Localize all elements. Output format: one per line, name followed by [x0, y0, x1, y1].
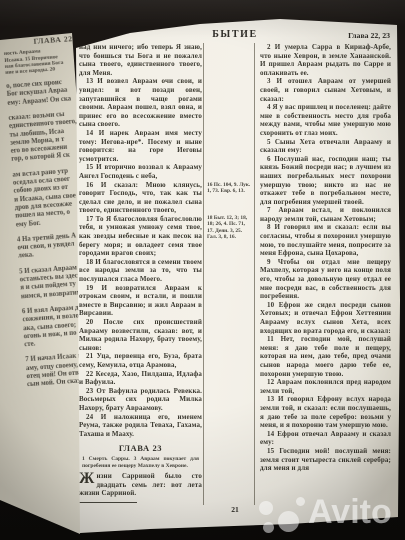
verse-paragraph: 12 Авраам поклонился пред народом земли … [260, 378, 391, 395]
book-photo: ГЛАВА 22 ность Авраама Исаака. 15 Вторич… [0, 0, 405, 540]
verse-paragraph: 2 И умерла Сарра в Кириаф-Арбе, что ныне… [260, 43, 391, 77]
cross-reference-list: Быт. 12, 3; 18, 18; 26, 4. Пс. 71, 17. Д… [207, 215, 247, 240]
cross-reference-block: 18 Быт. 12, 3; 18, 18; 26, 4. Пс. 71, 17… [207, 215, 252, 241]
chapter-23-heading: ГЛАВА 23 [79, 443, 202, 453]
avito-logo-circle-icon [296, 497, 305, 506]
avito-logo-circle-icon [259, 501, 273, 515]
left-text-column: над ним ничего; ибо теперь Я знаю, что б… [79, 43, 202, 505]
verse-paragraph: 15 Господин мой! послушай меня: земля ст… [260, 447, 391, 473]
verse-paragraph: 6 Послушай нас, господин наш; ты князь Б… [260, 155, 391, 207]
verse-paragraph: 17 То Я благословляя благословлю тебя, и… [79, 215, 202, 258]
running-head-book-title: БЫТИЕ [80, 29, 390, 40]
verse-paragraph: 21 Уца, первенца его, Буза, брата сему, … [79, 352, 202, 369]
verse-paragraph: 16 И сказал: Мною клянусь, говорит Госпо… [79, 181, 202, 215]
verse-paragraph: 10 Ефрон же сидел посреди сынов Хетовых;… [260, 301, 391, 335]
verse-paragraph: 13 И говорил Ефрону вслух народа земли т… [260, 395, 391, 429]
avito-watermark: Avito [246, 494, 405, 540]
verse-paragraph: 19 И возвратился Авраам к отрокам своим,… [79, 284, 202, 318]
running-head-chapter-range: Глава 22, 23 [348, 31, 390, 40]
verse-paragraph: 9 Чтобы он отдал мне пещеру Махпелу, кот… [260, 258, 391, 301]
verse-paragraph: 23 От Вафуила родилась Ревекка. Восьмеры… [79, 387, 202, 413]
verse-paragraph: 14 Ефрон отвечал Аврааму и сказал ему: [260, 430, 391, 447]
verse-paragraph: 3 И отошел Авраам от умершей своей, и го… [260, 77, 391, 103]
verse-paragraph: 7 Авраам встал, и поклонился народу земл… [260, 206, 391, 223]
verse-paragraph: 20 После сих происшествий Аврааму возвес… [79, 318, 202, 352]
avito-watermark-text: Avito [308, 493, 392, 532]
dropcap-paragraph: Жизни Сарриной было сто двадцать семь ле… [79, 472, 202, 498]
right-column-verses: 2 И умерла Сарра в Кириаф-Арбе, что ныне… [260, 43, 391, 473]
verse-paragraph: 15 И вторично воззвал к Аврааму Ангел Го… [79, 163, 202, 180]
verse-paragraph: 4 Я у вас пришлец и поселенец: дайте мне… [260, 103, 391, 137]
footnote-divider [79, 502, 137, 503]
avito-logo-circle-icon [263, 522, 274, 533]
cross-reference-block: 16 Пс. 104, 9. Лук. 1, 73. Евр. 6, 13. [207, 182, 252, 195]
verse-paragraph: 5 Сыны Хета отвечали Аврааму и сказали е… [260, 138, 391, 155]
verse-paragraph: 13 И возвел Авраам очи свои, и увидел: и… [79, 77, 202, 129]
left-column-verses: над ним ничего; ибо теперь Я знаю, что б… [79, 43, 202, 438]
avito-logo-circle-icon [278, 511, 299, 532]
verse-paragraph: над ним ничего; ибо теперь Я знаю, что б… [79, 43, 202, 77]
right-text-column: 2 И умерла Сарра в Кириаф-Арбе, что ныне… [256, 43, 391, 505]
verse-paragraph: 8 И говорил им и сказал: если вы согласн… [260, 223, 391, 257]
verse-paragraph: 11 Нет, господин мой, послушай меня: я д… [260, 335, 391, 378]
verse-paragraph: 24 И наложница его, именем Реума, также … [79, 413, 202, 439]
cross-reference-verse-number: 16 [207, 182, 212, 188]
chapter-23-summary: 1 Смерть Сарры. 3 Авраам покупает для по… [79, 456, 202, 469]
verse-paragraph: 22 Кеседа, Хазо, Пилдаша, Идлафа и Вафуи… [79, 370, 202, 387]
verse-paragraph: 14 И нарек Авраам имя месту тому: Иегова… [79, 129, 202, 163]
cross-reference-verse-number: 18 [207, 215, 212, 221]
verse-paragraph: 18 И благословятся в семени твоем все на… [79, 258, 202, 284]
text-columns: над ним ничего; ибо теперь Я знаю, что б… [79, 43, 391, 505]
cross-reference-list: Пс. 104, 9. Лук. 1, 73. Евр. 6, 13. [207, 182, 250, 194]
cross-reference-gutter: 16 Пс. 104, 9. Лук. 1, 73. Евр. 6, 13. 1… [203, 43, 255, 505]
